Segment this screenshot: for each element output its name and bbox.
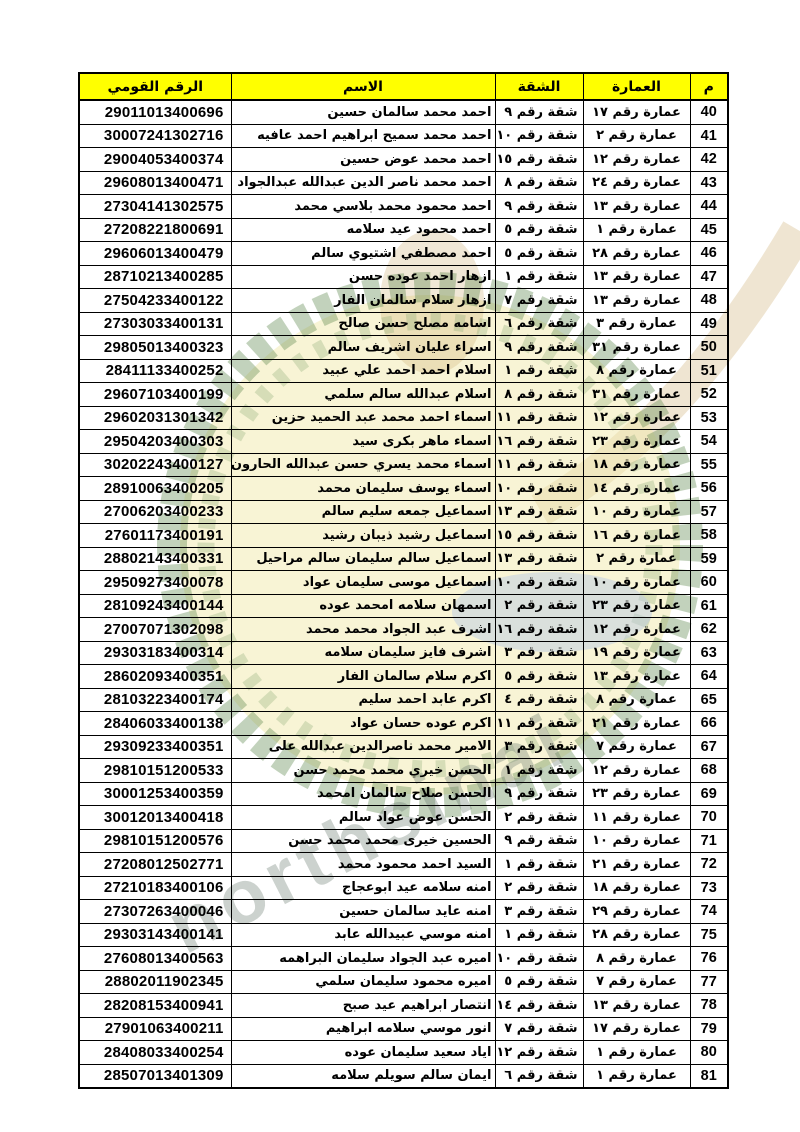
- building-cell: عمارة رقم ٢٨: [583, 923, 690, 947]
- name-cell: احمد محمد سالمان حسين: [231, 100, 495, 124]
- apartment-cell: شقة رقم ١: [495, 265, 583, 289]
- name-cell: الحسن عوض عواد سالم: [231, 806, 495, 830]
- national-id-cell: 29810151200576: [79, 829, 231, 853]
- building-cell: عمارة رقم ٢: [583, 547, 690, 571]
- building-cell: عمارة رقم ٢٣: [583, 782, 690, 806]
- row-index-cell: 71: [690, 829, 728, 853]
- table-row: 51عمارة رقم ٨شقة رقم ١اسلام احمد احمد عل…: [79, 359, 728, 383]
- apartment-cell: شقة رقم ٢: [495, 594, 583, 618]
- building-cell: عمارة رقم ١٢: [583, 759, 690, 783]
- name-cell: احمد مصطفي اشتيوي سالم: [231, 242, 495, 266]
- table-row: 75عمارة رقم ٢٨شقة رقم ١امنه موسي عبيدالل…: [79, 923, 728, 947]
- apartment-cell: شقة رقم ٩: [495, 829, 583, 853]
- building-cell: عمارة رقم ٨: [583, 688, 690, 712]
- row-index-cell: 51: [690, 359, 728, 383]
- national-id-cell: 27601173400191: [79, 524, 231, 548]
- row-index-cell: 45: [690, 218, 728, 242]
- row-index-cell: 57: [690, 500, 728, 524]
- name-cell: ازهار احمد عوده حسن: [231, 265, 495, 289]
- building-cell: عمارة رقم ١٨: [583, 453, 690, 477]
- row-index-cell: 54: [690, 430, 728, 454]
- table-row: 64عمارة رقم ١٣شقة رقم ٥اكرم سلام سالمان …: [79, 665, 728, 689]
- apartment-cell: شقة رقم ٨: [495, 171, 583, 195]
- name-cell: انتصار ابراهيم عيد صبح: [231, 994, 495, 1018]
- table-row: 59عمارة رقم ٢شقة رقم ١٣اسماعيل سالم سليم…: [79, 547, 728, 571]
- name-cell: ازهار سلام سالمان الفار: [231, 289, 495, 313]
- name-cell: اسماء احمد محمد عبد الحميد حزين: [231, 406, 495, 430]
- apartment-cell: شقة رقم ١: [495, 853, 583, 877]
- apartment-cell: شقة رقم ٢: [495, 876, 583, 900]
- name-cell: امنه سلامه عيد ابوعجاج: [231, 876, 495, 900]
- building-cell: عمارة رقم ٢٨: [583, 242, 690, 266]
- national-id-cell: 27304141302575: [79, 195, 231, 219]
- row-index-cell: 68: [690, 759, 728, 783]
- building-cell: عمارة رقم ٢٤: [583, 171, 690, 195]
- table-row: 62عمارة رقم ١٢شقة رقم ١٦اشرف عبد الجواد …: [79, 618, 728, 642]
- building-cell: عمارة رقم ٢١: [583, 853, 690, 877]
- name-cell: اسماعيل سالم سليمان سالم مراحيل: [231, 547, 495, 571]
- table-row: 42عمارة رقم ١٢شقة رقم ١٥احمد محمد عوض حس…: [79, 148, 728, 172]
- row-index-cell: 60: [690, 571, 728, 595]
- row-index-cell: 44: [690, 195, 728, 219]
- building-cell: عمارة رقم ١٢: [583, 406, 690, 430]
- row-index-cell: 50: [690, 336, 728, 360]
- name-cell: اسلام عبدالله سالم سلمي: [231, 383, 495, 407]
- row-index-cell: 80: [690, 1041, 728, 1065]
- apartment-cell: شقة رقم ٢: [495, 806, 583, 830]
- row-index-cell: 46: [690, 242, 728, 266]
- row-index-cell: 43: [690, 171, 728, 195]
- national-id-cell: 29011013400696: [79, 100, 231, 124]
- national-id-cell: 29607103400199: [79, 383, 231, 407]
- row-index-cell: 78: [690, 994, 728, 1018]
- building-cell: عمارة رقم ١٣: [583, 665, 690, 689]
- building-cell: عمارة رقم ١: [583, 218, 690, 242]
- table-row: 67عمارة رقم ٧شقة رقم ٣الامير محمد ناصرال…: [79, 735, 728, 759]
- row-index-cell: 65: [690, 688, 728, 712]
- building-cell: عمارة رقم ٢٣: [583, 594, 690, 618]
- building-cell: عمارة رقم ١: [583, 1064, 690, 1088]
- table-row: 56عمارة رقم ١٤شقة رقم ١٠اسماء يوسف سليما…: [79, 477, 728, 501]
- name-cell: اسامه مصلح حسن صالح: [231, 312, 495, 336]
- table-row: 60عمارة رقم ١٠شقة رقم ١٠اسماعيل موسى سلي…: [79, 571, 728, 595]
- apartment-cell: شقة رقم ١: [495, 759, 583, 783]
- apartment-cell: شقة رقم ٤: [495, 688, 583, 712]
- building-cell: عمارة رقم ٧: [583, 735, 690, 759]
- building-cell: عمارة رقم ١٣: [583, 289, 690, 313]
- national-id-cell: 29303183400314: [79, 641, 231, 665]
- name-cell: اسراء عليان اشريف سالم: [231, 336, 495, 360]
- row-index-cell: 76: [690, 947, 728, 971]
- name-cell: احمد محمود عيد سلامه: [231, 218, 495, 242]
- row-index-cell: 48: [690, 289, 728, 313]
- table-row: 79عمارة رقم ١٧شقة رقم ٧انور موسي سلامه ا…: [79, 1017, 728, 1041]
- apartment-cell: شقة رقم ٦: [495, 312, 583, 336]
- table-row: 72عمارة رقم ٢١شقة رقم ١السيد احمد محمود …: [79, 853, 728, 877]
- national-id-cell: 29509273400078: [79, 571, 231, 595]
- apartment-cell: شقة رقم ١٣: [495, 500, 583, 524]
- table-row: 55عمارة رقم ١٨شقة رقم ١١اسماء محمد يسري …: [79, 453, 728, 477]
- residents-table: م العمارة الشقة الاسم الرقم القومي 40عما…: [78, 72, 729, 1089]
- table-row: 46عمارة رقم ٢٨شقة رقم ٥احمد مصطفي اشتيوي…: [79, 242, 728, 266]
- name-cell: اسماعيل جمعه سليم سالم: [231, 500, 495, 524]
- row-index-cell: 75: [690, 923, 728, 947]
- building-cell: عمارة رقم ١١: [583, 806, 690, 830]
- national-id-cell: 29606013400479: [79, 242, 231, 266]
- building-cell: عمارة رقم ٢٩: [583, 900, 690, 924]
- name-cell: اسماء ماهر بكرى سيد: [231, 430, 495, 454]
- row-index-cell: 59: [690, 547, 728, 571]
- row-index-cell: 72: [690, 853, 728, 877]
- row-index-cell: 67: [690, 735, 728, 759]
- table-header: م العمارة الشقة الاسم الرقم القومي: [79, 73, 728, 100]
- table-row: 76عمارة رقم ٨شقة رقم ١٠اميره عبد الجواد …: [79, 947, 728, 971]
- apartment-cell: شقة رقم ١٠: [495, 947, 583, 971]
- name-cell: اسماعيل رشيد ذيبان رشيد: [231, 524, 495, 548]
- row-index-cell: 53: [690, 406, 728, 430]
- table-row: 65عمارة رقم ٨شقة رقم ٤اكرم عابد احمد سلي…: [79, 688, 728, 712]
- row-index-cell: 40: [690, 100, 728, 124]
- table-row: 45عمارة رقم ١شقة رقم ٥احمد محمود عيد سلا…: [79, 218, 728, 242]
- row-index-cell: 73: [690, 876, 728, 900]
- national-id-cell: 27006203400233: [79, 500, 231, 524]
- national-id-cell: 27608013400563: [79, 947, 231, 971]
- name-cell: اشرف عبد الجواد محمد محمد: [231, 618, 495, 642]
- row-index-cell: 63: [690, 641, 728, 665]
- national-id-cell: 27307263400046: [79, 900, 231, 924]
- national-id-cell: 27208221800691: [79, 218, 231, 242]
- building-cell: عمارة رقم ١٣: [583, 994, 690, 1018]
- apartment-cell: شقة رقم ٧: [495, 1017, 583, 1041]
- building-cell: عمارة رقم ٢٣: [583, 430, 690, 454]
- table-row: 49عمارة رقم ٣شقة رقم ٦اسامه مصلح حسن صال…: [79, 312, 728, 336]
- name-cell: الحسن صلاح سالمان امحمد: [231, 782, 495, 806]
- table-row: 53عمارة رقم ١٢شقة رقم ١١اسماء احمد محمد …: [79, 406, 728, 430]
- building-cell: عمارة رقم ٧: [583, 970, 690, 994]
- row-index-cell: 74: [690, 900, 728, 924]
- name-cell: اكرم سلام سالمان الفار: [231, 665, 495, 689]
- name-cell: الحسين خيرى محمد محمد حسن: [231, 829, 495, 853]
- apartment-cell: شقة رقم ٨: [495, 383, 583, 407]
- row-index-cell: 70: [690, 806, 728, 830]
- name-cell: السيد احمد محمود محمد: [231, 853, 495, 877]
- name-cell: اكرم عابد احمد سليم: [231, 688, 495, 712]
- apartment-cell: شقة رقم ١: [495, 923, 583, 947]
- national-id-cell: 28710213400285: [79, 265, 231, 289]
- document-page: northsinai م العمارة الشقة الاسم الرقم ا…: [0, 0, 800, 1132]
- row-index-cell: 41: [690, 124, 728, 148]
- apartment-cell: شقة رقم ٥: [495, 242, 583, 266]
- table-row: 70عمارة رقم ١١شقة رقم ٢الحسن عوض عواد سا…: [79, 806, 728, 830]
- table-row: 57عمارة رقم ١٠شقة رقم ١٣اسماعيل جمعه سلي…: [79, 500, 728, 524]
- apartment-cell: شقة رقم ١: [495, 359, 583, 383]
- name-cell: اسماعيل موسى سليمان عواد: [231, 571, 495, 595]
- national-id-cell: 29309233400351: [79, 735, 231, 759]
- building-cell: عمارة رقم ٢: [583, 124, 690, 148]
- row-index-cell: 49: [690, 312, 728, 336]
- table-row: 48عمارة رقم ١٣شقة رقم ٧ازهار سلام سالمان…: [79, 289, 728, 313]
- apartment-cell: شقة رقم ١٥: [495, 148, 583, 172]
- apartment-cell: شقة رقم ٩: [495, 336, 583, 360]
- name-cell: الامير محمد ناصرالدين عبدالله على: [231, 735, 495, 759]
- row-index-cell: 62: [690, 618, 728, 642]
- apartment-cell: شقة رقم ٥: [495, 970, 583, 994]
- apartment-cell: شقة رقم ١٤: [495, 994, 583, 1018]
- table-row: 50عمارة رقم ٣١شقة رقم ٩اسراء عليان اشريف…: [79, 336, 728, 360]
- apartment-cell: شقة رقم ١١: [495, 712, 583, 736]
- table-row: 69عمارة رقم ٢٣شقة رقم ٩الحسن صلاح سالمان…: [79, 782, 728, 806]
- row-index-cell: 66: [690, 712, 728, 736]
- national-id-cell: 29004053400374: [79, 148, 231, 172]
- name-cell: اسماء يوسف سليمان محمد: [231, 477, 495, 501]
- header-row: م العمارة الشقة الاسم الرقم القومي: [79, 73, 728, 100]
- apartment-cell: شقة رقم ١٠: [495, 571, 583, 595]
- table-row: 63عمارة رقم ١٩شقة رقم ٣اشرف فايز سليمان …: [79, 641, 728, 665]
- building-cell: عمارة رقم ١٠: [583, 829, 690, 853]
- building-cell: عمارة رقم ١٩: [583, 641, 690, 665]
- row-index-cell: 64: [690, 665, 728, 689]
- apartment-cell: شقة رقم ٣: [495, 735, 583, 759]
- apartment-cell: شقة رقم ١١: [495, 453, 583, 477]
- name-cell: احمد محمود محمد بلاسي محمد: [231, 195, 495, 219]
- national-id-cell: 27007071302098: [79, 618, 231, 642]
- name-cell: احمد محمد سميح ابراهيم احمد عافيه: [231, 124, 495, 148]
- national-id-cell: 28507013401309: [79, 1064, 231, 1088]
- table-row: 47عمارة رقم ١٣شقة رقم ١ازهار احمد عوده ح…: [79, 265, 728, 289]
- apartment-cell: شقة رقم ٥: [495, 218, 583, 242]
- national-id-cell: 30007241302716: [79, 124, 231, 148]
- national-id-cell: 28910063400205: [79, 477, 231, 501]
- national-id-cell: 29303143400141: [79, 923, 231, 947]
- national-id-cell: 29504203400303: [79, 430, 231, 454]
- table-row: 80عمارة رقم ١شقة رقم ١٢اياد سعيد سليمان …: [79, 1041, 728, 1065]
- building-cell: عمارة رقم ١٨: [583, 876, 690, 900]
- row-index-cell: 79: [690, 1017, 728, 1041]
- apartment-cell: شقة رقم ١٠: [495, 477, 583, 501]
- national-id-cell: 29805013400323: [79, 336, 231, 360]
- name-cell: اميره محمود سليمان سلمي: [231, 970, 495, 994]
- header-apartment: الشقة: [495, 73, 583, 100]
- table-row: 77عمارة رقم ٧شقة رقم ٥اميره محمود سليمان…: [79, 970, 728, 994]
- national-id-cell: 28802143400331: [79, 547, 231, 571]
- building-cell: عمارة رقم ١٤: [583, 477, 690, 501]
- name-cell: اسماء محمد يسري حسن عبدالله الحارون: [231, 453, 495, 477]
- name-cell: امنه موسي عبيدالله عابد: [231, 923, 495, 947]
- table-row: 66عمارة رقم ٢١شقة رقم ١١اكرم عوده حسان ع…: [79, 712, 728, 736]
- name-cell: احمد محمد عوض حسين: [231, 148, 495, 172]
- table-row: 73عمارة رقم ١٨شقة رقم ٢امنه سلامه عيد اب…: [79, 876, 728, 900]
- building-cell: عمارة رقم ١: [583, 1041, 690, 1065]
- building-cell: عمارة رقم ١٦: [583, 524, 690, 548]
- apartment-cell: شقة رقم ١٦: [495, 430, 583, 454]
- national-id-cell: 28802011902345: [79, 970, 231, 994]
- row-index-cell: 47: [690, 265, 728, 289]
- national-id-cell: 28602093400351: [79, 665, 231, 689]
- national-id-cell: 29810151200533: [79, 759, 231, 783]
- table-row: 52عمارة رقم ٣١شقة رقم ٨اسلام عبدالله سال…: [79, 383, 728, 407]
- name-cell: اكرم عوده حسان عواد: [231, 712, 495, 736]
- table-row: 61عمارة رقم ٢٣شقة رقم ٢اسمهان سلامه امحم…: [79, 594, 728, 618]
- apartment-cell: شقة رقم ٩: [495, 100, 583, 124]
- row-index-cell: 81: [690, 1064, 728, 1088]
- apartment-cell: شقة رقم ٧: [495, 289, 583, 313]
- table-row: 81عمارة رقم ١شقة رقم ٦ايمان سالم سويلم س…: [79, 1064, 728, 1088]
- apartment-cell: شقة رقم ١٦: [495, 618, 583, 642]
- header-national-id: الرقم القومي: [79, 73, 231, 100]
- building-cell: عمارة رقم ٢١: [583, 712, 690, 736]
- row-index-cell: 55: [690, 453, 728, 477]
- apartment-cell: شقة رقم ١١: [495, 406, 583, 430]
- header-index: م: [690, 73, 728, 100]
- building-cell: عمارة رقم ١٠: [583, 571, 690, 595]
- name-cell: اسلام احمد احمد علي عبيد: [231, 359, 495, 383]
- name-cell: اياد سعيد سليمان عوده: [231, 1041, 495, 1065]
- header-name: الاسم: [231, 73, 495, 100]
- building-cell: عمارة رقم ١٢: [583, 618, 690, 642]
- building-cell: عمارة رقم ١٧: [583, 1017, 690, 1041]
- table-row: 41عمارة رقم ٢شقة رقم ١٠احمد محمد سميح اب…: [79, 124, 728, 148]
- national-id-cell: 28411133400252: [79, 359, 231, 383]
- row-index-cell: 77: [690, 970, 728, 994]
- national-id-cell: 30012013400418: [79, 806, 231, 830]
- table-row: 74عمارة رقم ٢٩شقة رقم ٣امنه عايد سالمان …: [79, 900, 728, 924]
- national-id-cell: 29602031301342: [79, 406, 231, 430]
- apartment-cell: شقة رقم ٩: [495, 195, 583, 219]
- apartment-cell: شقة رقم ٥: [495, 665, 583, 689]
- building-cell: عمارة رقم ١٠: [583, 500, 690, 524]
- national-id-cell: 27901063400211: [79, 1017, 231, 1041]
- name-cell: اشرف فايز سليمان سلامه: [231, 641, 495, 665]
- national-id-cell: 27303033400131: [79, 312, 231, 336]
- header-building: العمارة: [583, 73, 690, 100]
- table-row: 44عمارة رقم ١٣شقة رقم ٩احمد محمود محمد ب…: [79, 195, 728, 219]
- national-id-cell: 28406033400138: [79, 712, 231, 736]
- row-index-cell: 69: [690, 782, 728, 806]
- row-index-cell: 56: [690, 477, 728, 501]
- name-cell: امنه عايد سالمان حسين: [231, 900, 495, 924]
- building-cell: عمارة رقم ١٣: [583, 195, 690, 219]
- table-row: 58عمارة رقم ١٦شقة رقم ١٥اسماعيل رشيد ذيب…: [79, 524, 728, 548]
- building-cell: عمارة رقم ١٣: [583, 265, 690, 289]
- row-index-cell: 52: [690, 383, 728, 407]
- name-cell: انور موسي سلامه ابراهيم: [231, 1017, 495, 1041]
- name-cell: اسمهان سلامه امحمد عوده: [231, 594, 495, 618]
- row-index-cell: 58: [690, 524, 728, 548]
- national-id-cell: 28208153400941: [79, 994, 231, 1018]
- name-cell: اميره عبد الجواد سليمان البراهمه: [231, 947, 495, 971]
- national-id-cell: 30001253400359: [79, 782, 231, 806]
- national-id-cell: 28408033400254: [79, 1041, 231, 1065]
- apartment-cell: شقة رقم ٦: [495, 1064, 583, 1088]
- table-row: 43عمارة رقم ٢٤شقة رقم ٨احمد محمد ناصر ال…: [79, 171, 728, 195]
- table-row: 54عمارة رقم ٢٣شقة رقم ١٦اسماء ماهر بكرى …: [79, 430, 728, 454]
- apartment-cell: شقة رقم ٣: [495, 641, 583, 665]
- row-index-cell: 42: [690, 148, 728, 172]
- row-index-cell: 61: [690, 594, 728, 618]
- national-id-cell: 28103223400174: [79, 688, 231, 712]
- national-id-cell: 30202243400127: [79, 453, 231, 477]
- table-row: 68عمارة رقم ١٢شقة رقم ١الحسن خيري محمد م…: [79, 759, 728, 783]
- name-cell: الحسن خيري محمد محمد حسن: [231, 759, 495, 783]
- apartment-cell: شقة رقم ٣: [495, 900, 583, 924]
- national-id-cell: 29608013400471: [79, 171, 231, 195]
- table-row: 78عمارة رقم ١٣شقة رقم ١٤انتصار ابراهيم ع…: [79, 994, 728, 1018]
- building-cell: عمارة رقم ٣: [583, 312, 690, 336]
- apartment-cell: شقة رقم ١٠: [495, 124, 583, 148]
- national-id-cell: 28109243400144: [79, 594, 231, 618]
- building-cell: عمارة رقم ١٢: [583, 148, 690, 172]
- apartment-cell: شقة رقم ١٣: [495, 547, 583, 571]
- national-id-cell: 27210183400106: [79, 876, 231, 900]
- national-id-cell: 27208012502771: [79, 853, 231, 877]
- building-cell: عمارة رقم ١٧: [583, 100, 690, 124]
- building-cell: عمارة رقم ٣١: [583, 383, 690, 407]
- name-cell: احمد محمد ناصر الدين عبدالله عبدالجواد: [231, 171, 495, 195]
- apartment-cell: شقة رقم ١٢: [495, 1041, 583, 1065]
- table-row: 40عمارة رقم ١٧شقة رقم ٩احمد محمد سالمان …: [79, 100, 728, 124]
- apartment-cell: شقة رقم ١٥: [495, 524, 583, 548]
- apartment-cell: شقة رقم ٩: [495, 782, 583, 806]
- building-cell: عمارة رقم ٨: [583, 359, 690, 383]
- name-cell: ايمان سالم سويلم سلامه: [231, 1064, 495, 1088]
- table-body: 40عمارة رقم ١٧شقة رقم ٩احمد محمد سالمان …: [79, 100, 728, 1088]
- national-id-cell: 27504233400122: [79, 289, 231, 313]
- building-cell: عمارة رقم ٣١: [583, 336, 690, 360]
- building-cell: عمارة رقم ٨: [583, 947, 690, 971]
- table-row: 71عمارة رقم ١٠شقة رقم ٩الحسين خيرى محمد …: [79, 829, 728, 853]
